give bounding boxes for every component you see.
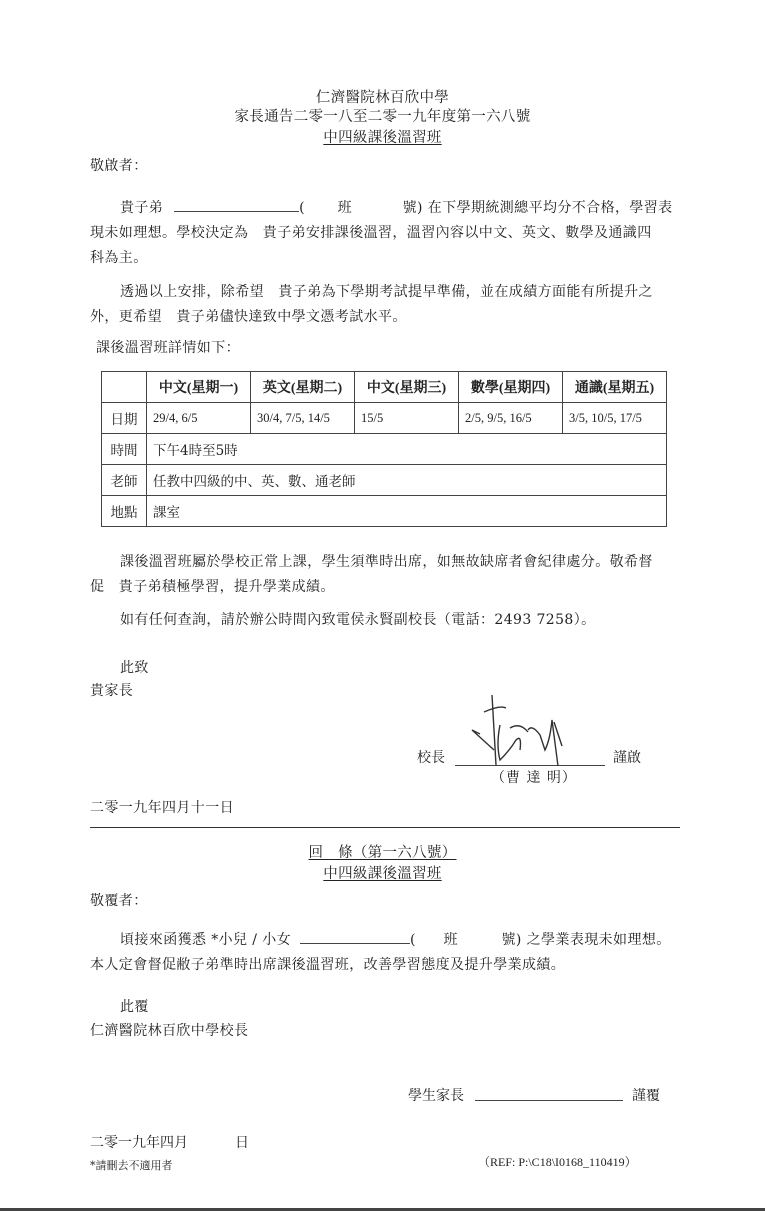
child-name-blank [300, 931, 410, 944]
p1-prefix: 貴子弟 [120, 200, 163, 216]
table-row-venue: 地點 課室 [102, 496, 667, 527]
reply-slip-title: 回 條（第一六八號） [309, 845, 457, 861]
school-name: 仁濟醫院林百欣中學 [0, 86, 765, 107]
column-header: 英文(星期二) [251, 372, 355, 403]
letter-date: 二零一九年四月十一日 [90, 796, 690, 821]
column-header: 中文(星期三) [355, 372, 459, 403]
reply-date-day: 日 [235, 1132, 249, 1152]
table-row-dates: 日期 29/4, 6/5 30/4, 7/5, 14/5 15/5 2/5, 9… [102, 403, 667, 434]
paragraph-1: 貴子弟 ( 班 號) 在下學期統測總平均分不合格，學習表 現未如理想。學校決定為… [90, 196, 690, 271]
column-header: 中文(星期一) [147, 372, 251, 403]
date-cell: 30/4, 7/5, 14/5 [251, 403, 355, 434]
row-label: 老師 [102, 465, 147, 496]
table-row-teacher: 老師 任教中四級的中、英、數、通老師 [102, 465, 667, 496]
class-label: 班 [421, 928, 481, 953]
parent-signature-field[interactable] [475, 1100, 623, 1101]
teacher-cell: 任教中四級的中、英、數、通老師 [147, 465, 667, 496]
paragraph-4: 如有任何查詢，請於辦公時間內致電侯永賢副校長（電話：2493 7258）。 [90, 608, 720, 633]
table-header-row: 中文(星期一) 英文(星期二) 中文(星期三) 數學(星期四) 通識(星期五) [102, 372, 667, 403]
reply-line2: 本人定會督促敝子弟準時出席課後溫習班，改善學習態度及提升學業成績。 [90, 953, 690, 978]
date-cell: 3/5, 10/5, 17/5 [563, 403, 667, 434]
reply-line1-rest: 號) 之學業表現未如理想。 [502, 932, 671, 948]
row-label: 時間 [102, 434, 147, 465]
reply-closing: 此覆 [90, 995, 720, 1020]
p1-line2: 現未如理想。學校決定為 貴子弟安排課後溫習，溫習內容以中文、英文、數學及通識四 [90, 221, 690, 246]
reply-salutation: 敬覆者： [90, 889, 690, 914]
reference-code: （REF: P:\C18\I0168_110419） [478, 1153, 637, 1170]
time-cell: 下午4時至5時 [147, 434, 667, 465]
reply-date-prefix: 二零一九年四月 [90, 1132, 188, 1152]
row-label: 地點 [102, 496, 147, 527]
date-cell: 15/5 [355, 403, 459, 434]
table-corner [102, 372, 147, 403]
reply-slip-subject: 中四級課後溫習班 [323, 866, 441, 882]
class-label: 班 [310, 196, 380, 221]
p3-line2: 促 貴子弟積極學習，提升學業成績。 [90, 575, 690, 600]
student-name-blank [174, 199, 299, 212]
p1-line1-rest: 在下學期統測總平均分不合格，學習表 [428, 200, 673, 216]
parent-label: 學生家長 [408, 1085, 464, 1105]
footnote: *請刪去不適用者 [90, 1157, 173, 1173]
table-row-time: 時間 下午4時至5時 [102, 434, 667, 465]
salutation: 敬啟者： [90, 154, 690, 179]
notice-number: 家長通告二零一八至二零一九年度第一六八號 [0, 105, 765, 126]
reply-line1-prefix: 頃接來函獲悉 *小兒 / 小女 [120, 932, 291, 948]
p2-line2: 外，更希望 貴子弟儘快達致中學文憑考試水平。 [90, 305, 690, 330]
column-header: 通識(星期五) [563, 372, 667, 403]
paragraph-3: 課後溫習班屬於學校正常上課，學生須準時出席，如無故缺席者會紀律處分。敬希督 促 … [90, 550, 690, 600]
principal-signoff: 謹啟 [613, 747, 641, 767]
details-intro: 課後溫習班詳情如下： [96, 336, 696, 361]
parent-signoff: 謹覆 [632, 1085, 660, 1105]
reply-paragraph: 頃接來函獲悉 *小兒 / 小女 ( 班 號) 之學業表現未如理想。 本人定會督促… [90, 928, 690, 978]
number-label: 號) [403, 200, 423, 216]
venue-cell: 課室 [147, 496, 667, 527]
schedule-table: 中文(星期一) 英文(星期二) 中文(星期三) 數學(星期四) 通識(星期五) … [101, 371, 667, 527]
paragraph-2: 透過以上安排，除希望 貴子弟為下學期考試提早準備，並在成績方面能有所提升之 外，… [90, 280, 690, 330]
signature-icon [470, 690, 580, 770]
date-cell: 29/4, 6/5 [147, 403, 251, 434]
p1-line3: 科為主。 [90, 246, 690, 271]
paren-open: ( [410, 932, 416, 948]
row-label: 日期 [102, 403, 147, 434]
date-cell: 2/5, 9/5, 16/5 [459, 403, 563, 434]
p3-line1: 課後溫習班屬於學校正常上課，學生須準時出席，如無故缺席者會紀律處分。敬希督 [90, 550, 690, 575]
paren-open: ( [299, 200, 305, 216]
column-header: 數學(星期四) [459, 372, 563, 403]
principal-name: （曹 達 明） [491, 767, 577, 787]
notice-subject: 中四級課後溫習班 [323, 130, 441, 146]
reply-recipient: 仁濟醫院林百欣中學校長 [90, 1019, 690, 1044]
principal-label: 校長 [417, 747, 445, 767]
closing: 此致 [90, 656, 720, 681]
recipient: 貴家長 [90, 679, 690, 704]
p2-line1: 透過以上安排，除希望 貴子弟為下學期考試提早準備，並在成績方面能有所提升之 [90, 280, 690, 305]
tear-off-divider [90, 827, 680, 828]
